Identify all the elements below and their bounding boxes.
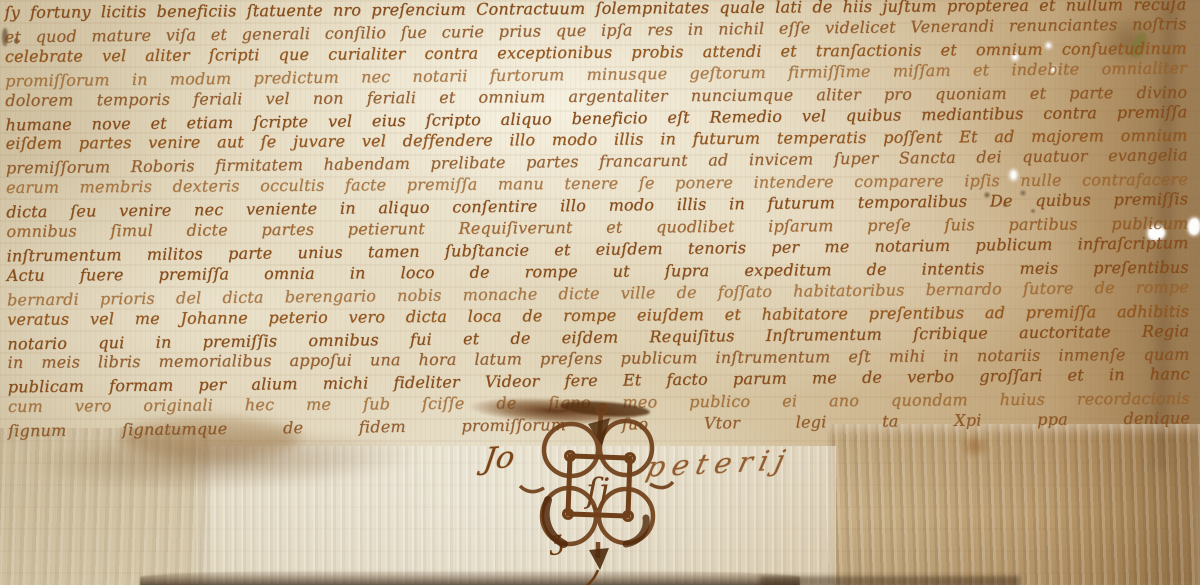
parchment-document: ſy fortuny licitis beneficiis ſtatuente …	[0, 0, 1200, 585]
manuscript-text-block: ſy fortuny licitis beneficiis ſtatuente …	[4, 0, 1190, 452]
parchment-hole	[1188, 218, 1200, 235]
notarial-sign-quatrefoil-icon: ſj	[518, 400, 674, 585]
bottom-right-fibrous-stain	[826, 424, 1200, 585]
notary-mark-center-glyph: ſj	[583, 471, 610, 511]
notary-signature-left: Jo	[482, 443, 517, 475]
bottom-edge-smudge-right	[760, 576, 1020, 585]
bottom-edge-smudge	[140, 570, 800, 585]
